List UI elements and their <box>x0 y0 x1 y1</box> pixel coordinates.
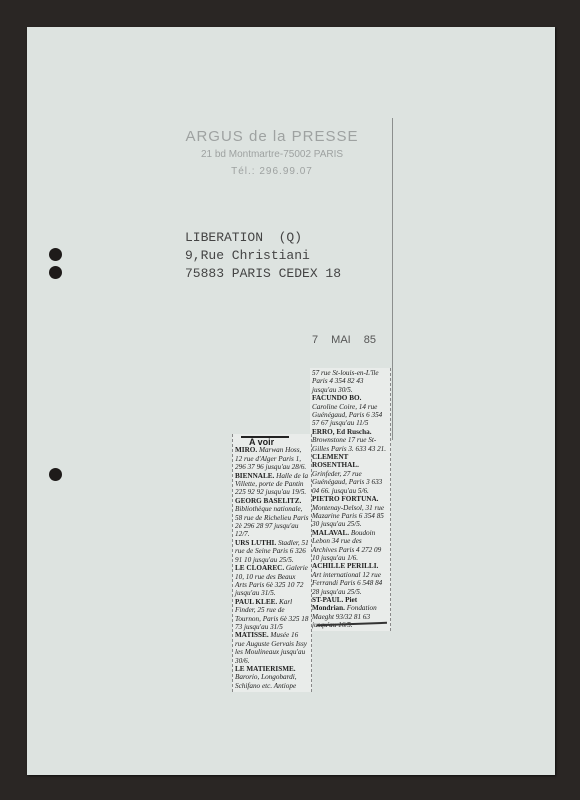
listing-detail: Grinfeder, 27 rue Guénégaud, Paris 3 633… <box>312 470 382 495</box>
recipient-address: LIBERATION (Q) 9,Rue Christiani 75883 PA… <box>185 229 341 283</box>
listing-detail: Barorio, Longobardi, Schifano etc. Antio… <box>235 673 297 689</box>
listing-name: MIRO. <box>235 446 259 454</box>
press-agency-stamp: ARGUS de la PRESSE 21 bd Montmartre-7500… <box>167 128 377 177</box>
recipient-line-2: 9,Rue Christiani <box>185 247 341 265</box>
listing-detail: Brownstone 17 rue St-Gilles Paris 3. 633… <box>312 436 386 452</box>
listing-entry: 57 rue St-louis-en-L'île Paris 4 354 82 … <box>312 369 388 394</box>
punch-hole <box>49 266 62 279</box>
listing-name: FACUNDO BO. <box>312 394 361 402</box>
listing-entry: ERRO, Ed Ruscha. Brownstone 17 rue St-Gi… <box>312 428 388 453</box>
listing-name: CLEMENT ROSENTHAL. <box>312 453 359 469</box>
listing-detail: Montenay-Delsol, 31 rue Mazarine Paris 6… <box>312 504 384 529</box>
listing-entry: FACUNDO BO. Caroline Coire, 14 rue Guéné… <box>312 394 388 428</box>
listing-entry: MIRO. Marwan Hoss, 12 rue d'Alger Paris … <box>235 446 309 471</box>
listing-detail: Art international 12 rue Ferrandi Paris … <box>312 571 382 596</box>
listing-entry: LE CLOAREC. Galerie 10, 10 rue des Beaux… <box>235 564 309 598</box>
stamp-phone: Tél.: 296.99.07 <box>167 166 377 177</box>
clipping-left-column: A voir MIRO. Marwan Hoss, 12 rue d'Alger… <box>232 434 312 692</box>
listing-detail: Caroline Coire, 14 rue Guénégaud, Paris … <box>312 403 382 428</box>
listing-detail: Bibliothèque nationale, 58 rue de Richel… <box>235 505 308 538</box>
listing-entry: PAUL KLEE. Karl Finder, 25 rue de Tourno… <box>235 598 309 632</box>
fold-line <box>392 118 393 440</box>
recipient-line-3: 75883 PARIS CEDEX 18 <box>185 265 341 283</box>
listing-name: LE CLOAREC. <box>235 564 286 572</box>
listing-name: PAUL KLEE. <box>235 598 279 606</box>
listing-name: LE MATIERISME. <box>235 665 296 673</box>
clipping-date: 7 MAI 85 <box>312 334 376 346</box>
recipient-line-1: LIBERATION (Q) <box>185 229 341 247</box>
listing-name: ERRO, Ed Ruscha. <box>312 428 372 436</box>
listing-entry: PIETRO FORTUNA. Montenay-Delsol, 31 rue … <box>312 495 388 529</box>
stamp-name: ARGUS de la PRESSE <box>167 128 377 145</box>
listing-name: BIENNALE. <box>235 472 276 480</box>
document-page: ARGUS de la PRESSE 21 bd Montmartre-7500… <box>27 27 555 775</box>
listing-entry: ACHILLE PERILLI. Art international 12 ru… <box>312 562 388 596</box>
listing-name: MATISSE. <box>235 631 270 639</box>
listing-entry: GEORG BASELITZ. Bibliothèque nationale, … <box>235 497 309 539</box>
punch-hole <box>49 248 62 261</box>
listing-name: GEORG BASELITZ. <box>235 497 301 505</box>
listing-entry: MALAVAL. Boudoin Lebon 34 rue des Archiv… <box>312 529 388 563</box>
listing-name: ACHILLE PERILLI. <box>312 562 378 570</box>
punch-hole <box>49 468 62 481</box>
listing-entry: BIENNALE. Halle de la Villette, porte de… <box>235 472 309 497</box>
listing-name: MALAVAL. <box>312 529 351 537</box>
listing-name: URS LUTHI. <box>235 539 278 547</box>
listing-detail: 57 rue St-louis-en-L'île Paris 4 354 82 … <box>312 369 379 394</box>
listing-entry: CLEMENT ROSENTHAL. Grinfeder, 27 rue Gué… <box>312 453 388 495</box>
listing-name: PIETRO FORTUNA. <box>312 495 378 503</box>
stamp-address: 21 bd Montmartre-75002 PARIS <box>167 149 377 160</box>
clipping-header: A voir <box>241 436 289 446</box>
listing-entry: LE MATIERISME. Barorio, Longobardi, Schi… <box>235 665 309 690</box>
listing-entry: URS LUTHI. Stadler, 51 rue de Seine Pari… <box>235 539 309 564</box>
listing-entry: MATISSE. Musée 16 rue Auguste Gervais Is… <box>235 631 309 665</box>
clipping-right-column: 57 rue St-louis-en-L'île Paris 4 354 82 … <box>310 368 391 631</box>
